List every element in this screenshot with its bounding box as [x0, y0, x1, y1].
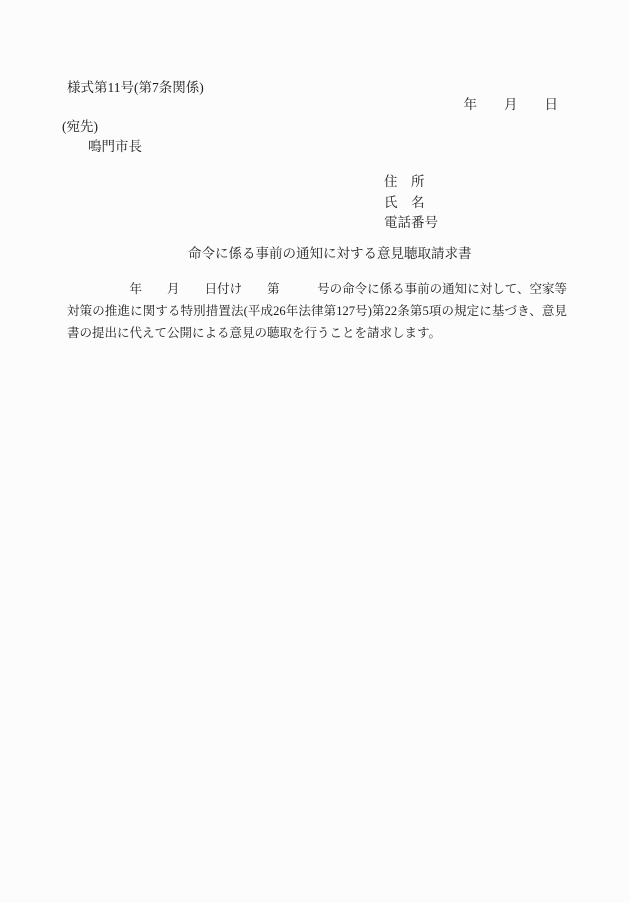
phone-field-label: 電話番号 — [384, 213, 438, 234]
addressee-name: 鳴門市長 — [88, 139, 142, 154]
body-line-2: 対策の推進に関する特別措置法(平成26年法律第127号)第22条第5項の規定に基… — [67, 300, 567, 322]
form-number-label: 様式第11号(第7条関係) — [67, 80, 204, 95]
body-paragraph: 年 月 日付け 第 号の命令に係る事前の通知に対して、空家等 対策の推進に関する… — [67, 278, 567, 344]
body-line-3: 書の提出に代えて公開による意見の聴取を行うことを請求します。 — [67, 322, 567, 344]
address-field-label: 住 所 — [384, 172, 438, 193]
document-page: 様式第11号(第7条関係) 年 月 日 (宛先) 鳴門市長 住 所 氏 名 電話… — [0, 0, 630, 903]
addressee-label: (宛先) — [62, 119, 98, 134]
name-field-label: 氏 名 — [384, 193, 438, 214]
sender-fields-block: 住 所 氏 名 電話番号 — [384, 172, 438, 234]
body-line-1: 年 月 日付け 第 号の命令に係る事前の通知に対して、空家等 — [67, 278, 567, 300]
document-title: 命令に係る事前の通知に対する意見聴取請求書 — [188, 246, 472, 261]
date-line: 年 月 日 — [464, 97, 559, 112]
